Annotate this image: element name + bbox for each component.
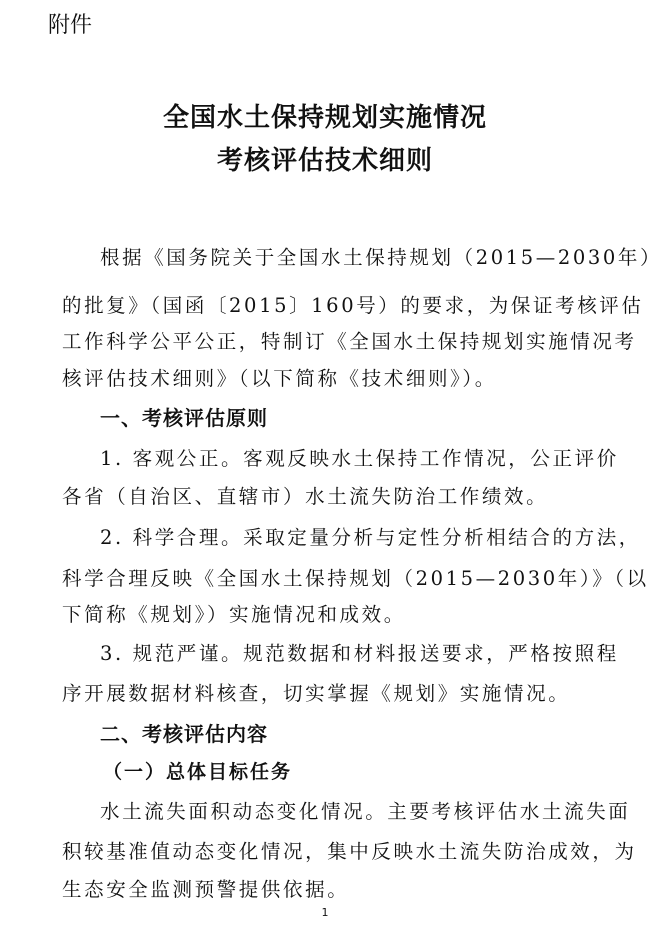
section-1-heading: 一、考核评估原则 [100, 402, 268, 431]
principle-line: 各省（自治区、直辖市）水土流失防治工作绩效。 [62, 481, 592, 509]
intro-line: 根据《国务院关于全国水土保持规划（2015—2030年） [100, 242, 592, 270]
section-2-subheading: （一）总体目标任务 [103, 757, 292, 784]
principle-line: 1. 客观公正。客观反映水土保持工作情况，公正评价 [100, 443, 592, 471]
section-2-heading: 二、考核评估内容 [100, 718, 268, 747]
document-title-line-2: 考核评估技术细则 [0, 140, 650, 177]
document-title-line-1: 全国水土保持规划实施情况 [0, 97, 650, 134]
principle-line: 下简称《规划》）实施情况和成效。 [62, 599, 592, 627]
attachment-label: 附件 [48, 8, 92, 39]
content-line: 积较基准值动态变化情况，集中反映水土流失防治成效，为 [62, 836, 592, 864]
intro-line: 工作科学公平公正，特制订《全国水土保持规划实施情况考 [62, 326, 592, 354]
content-line: 水土流失面积动态变化情况。主要考核评估水土流失面 [100, 796, 592, 824]
principle-line: 序开展数据材料核查，切实掌握《规划》实施情况。 [62, 678, 592, 706]
principle-line: 科学合理反映《全国水土保持规划（2015—2030年）》（以 [62, 563, 592, 591]
page-number: 1 [0, 906, 650, 919]
principle-line: 2. 科学合理。采取定量分析与定性分析相结合的方法， [100, 522, 592, 550]
content-line: 生态安全监测预警提供依据。 [62, 874, 592, 902]
intro-line: 核评估技术细则》（以下简称《技术细则》）。 [62, 363, 592, 391]
intro-line: 的批复》（国函〔2015〕160号）的要求，为保证考核评估 [62, 290, 592, 318]
principle-line: 3. 规范严谨。规范数据和材料报送要求，严格按照程 [100, 638, 592, 666]
